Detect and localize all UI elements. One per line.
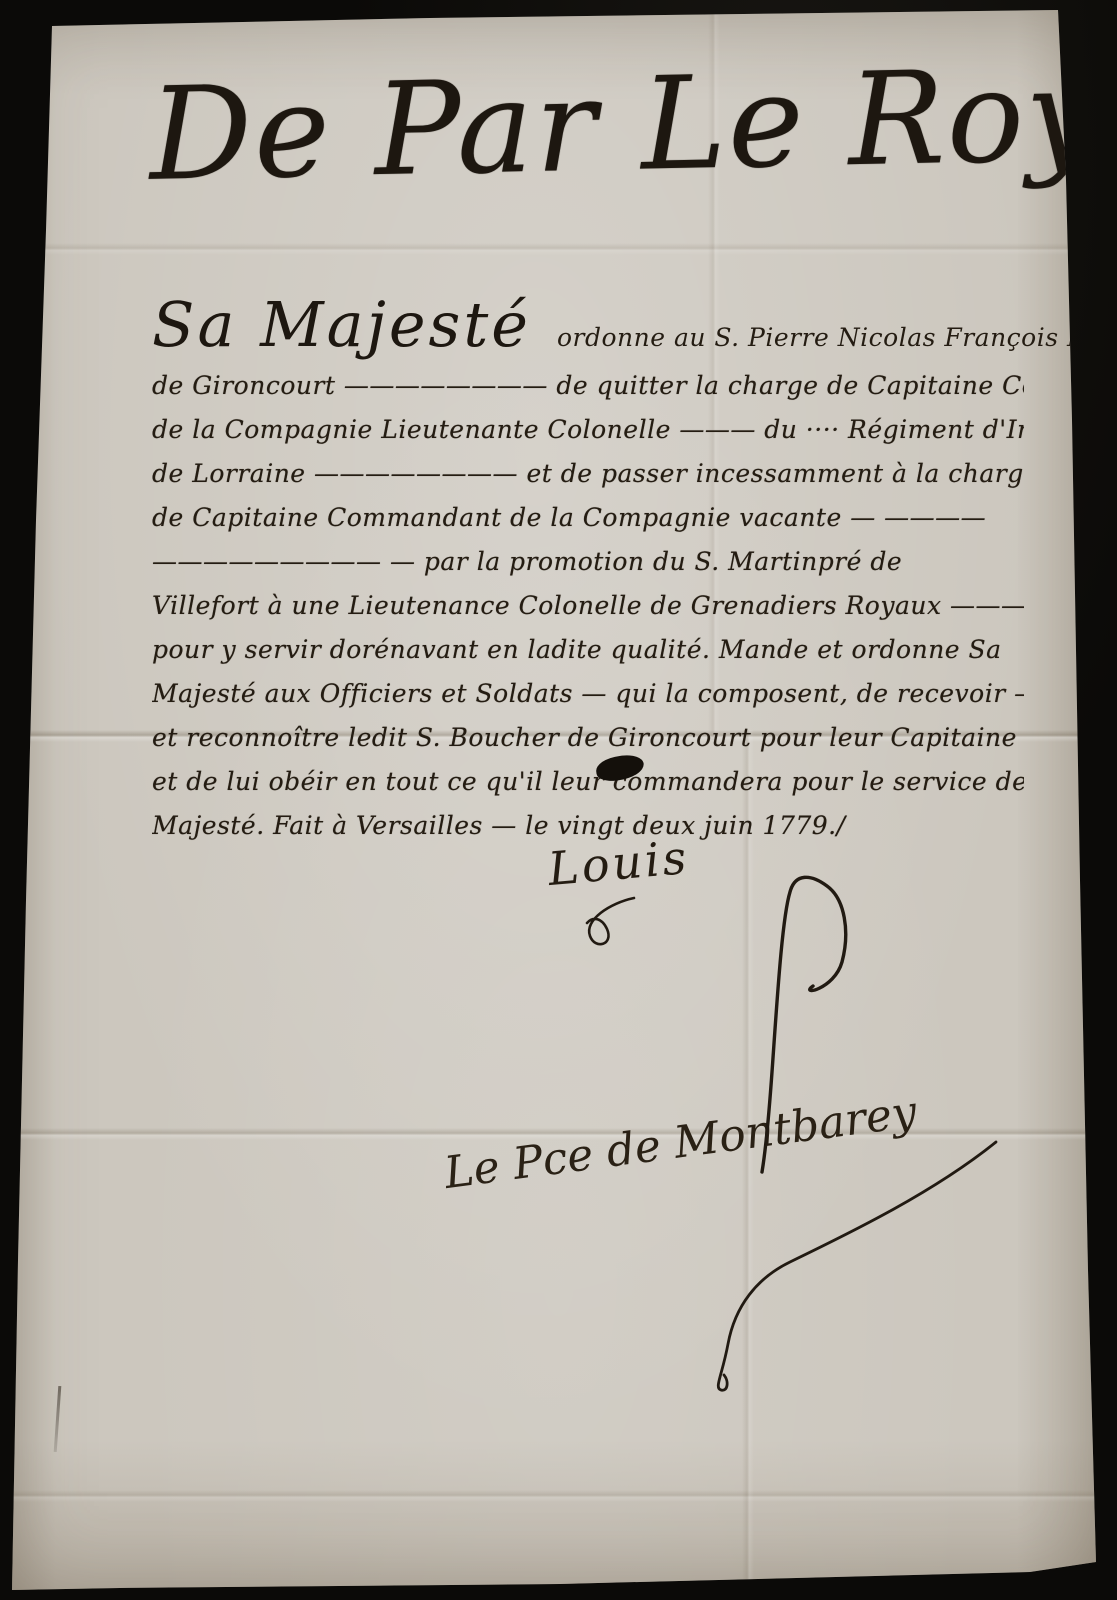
body-line-3: de la Compagnie Lieutenante Colonelle ——… bbox=[152, 408, 1024, 452]
body-line-7: Villefort à une Lieutenance Colonelle de… bbox=[152, 584, 1024, 628]
counter-signature-montbarey: Le Pce de Montbarey bbox=[441, 1086, 919, 1199]
body-line-4: de Lorraine ———————— et de passer incess… bbox=[152, 452, 1024, 496]
body-line-11: et de lui obéir en tout ce qu'il leur co… bbox=[152, 760, 1024, 804]
body-line-9: Majesté aux Officiers et Soldats — qui l… bbox=[152, 672, 1024, 716]
body-line-1-text: ordonne au S. Pierre Nicolas François Bo… bbox=[557, 323, 1117, 352]
document-body: Sa Majesté ordonne au S. Pierre Nicolas … bbox=[152, 288, 1024, 848]
paper-tear bbox=[54, 1386, 62, 1452]
salutation-sa-majeste: Sa Majesté bbox=[152, 288, 531, 361]
document-title: De Par Le Roy bbox=[148, 43, 1002, 276]
montbarey-flourish-stroke bbox=[718, 1142, 996, 1390]
body-line-1: Sa Majesté ordonne au S. Pierre Nicolas … bbox=[152, 288, 1024, 364]
manuscript-paper: De Par Le Roy Sa Majesté ordonne au S. P… bbox=[0, 0, 1117, 1600]
louis-paraph-stroke bbox=[587, 898, 634, 944]
fold-crease-vertical-lower bbox=[742, 730, 754, 1600]
fold-crease-horizontal-bottom bbox=[0, 1490, 1117, 1502]
document-photo: De Par Le Roy Sa Majesté ordonne au S. P… bbox=[0, 0, 1117, 1600]
body-line-5: de Capitaine Commandant de la Compagnie … bbox=[152, 496, 1024, 540]
body-line-8: pour y servir dorénavant en ladite quali… bbox=[152, 628, 1024, 672]
body-line-10: et reconnoître ledit S. Boucher de Giron… bbox=[152, 716, 1024, 760]
royal-signature-louis: Louis bbox=[546, 830, 691, 896]
body-line-2: de Gironcourt ———————— de quitter la cha… bbox=[152, 364, 1024, 408]
body-line-6: ————————— — par la promotion du S. Marti… bbox=[152, 540, 1024, 584]
